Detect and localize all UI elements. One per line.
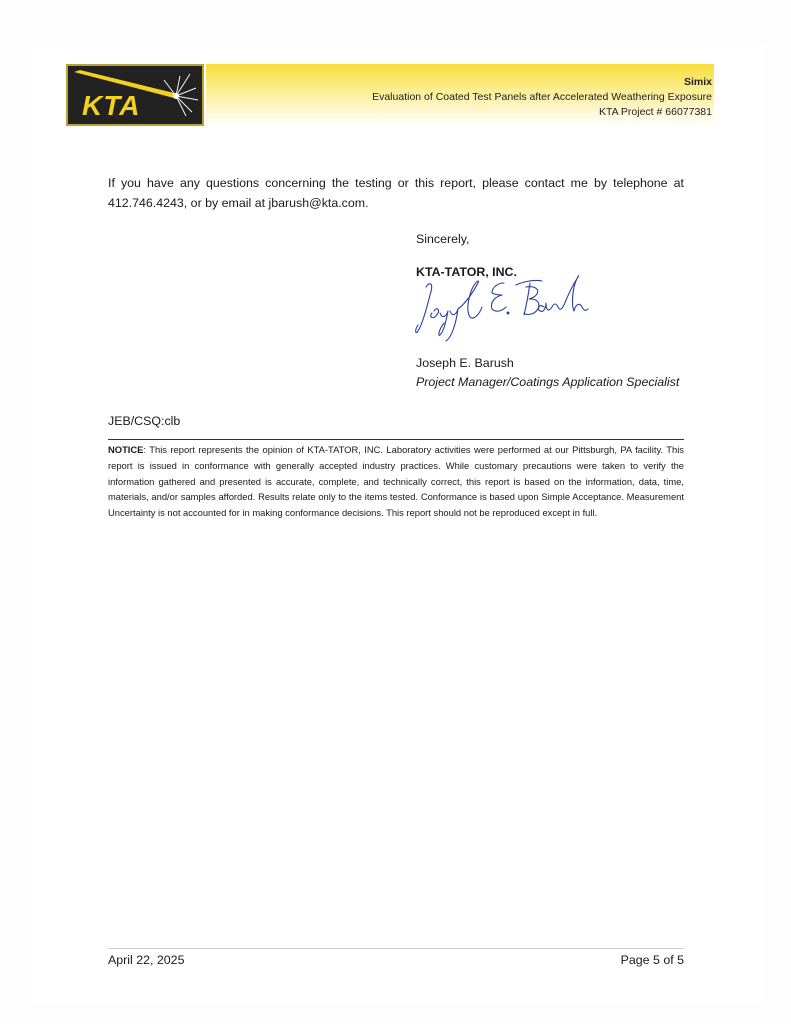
report-header: KTA Simix Evaluation of Coated Test Pane… <box>66 64 714 126</box>
signer-name: Joseph E. Barush <box>416 353 514 373</box>
reference-initials: JEB/CSQ:clb <box>108 414 180 428</box>
notice-paragraph: NOTICE: This report represents the opini… <box>108 442 684 521</box>
footer-date: April 22, 2025 <box>108 953 184 967</box>
notice-divider <box>108 439 684 440</box>
notice-text: : This report represents the opinion of … <box>108 444 684 518</box>
svg-text:KTA: KTA <box>82 90 140 121</box>
report-title: Evaluation of Coated Test Panels after A… <box>372 90 712 105</box>
contact-paragraph: If you have any questions concerning the… <box>108 173 684 213</box>
notice-label: NOTICE <box>108 444 143 455</box>
kta-logo: KTA <box>66 64 204 126</box>
footer-divider <box>108 948 684 949</box>
client-name: Simix <box>372 75 712 90</box>
handwritten-signature <box>412 273 592 353</box>
signer-title: Project Manager/Coatings Application Spe… <box>416 372 679 392</box>
kta-logo-graphic: KTA <box>68 66 202 124</box>
header-text-block: Simix Evaluation of Coated Test Panels a… <box>372 75 712 120</box>
page-number: Page 5 of 5 <box>621 953 684 967</box>
closing-text: Sincerely, <box>416 229 469 249</box>
project-number: KTA Project # 66077381 <box>372 105 712 120</box>
